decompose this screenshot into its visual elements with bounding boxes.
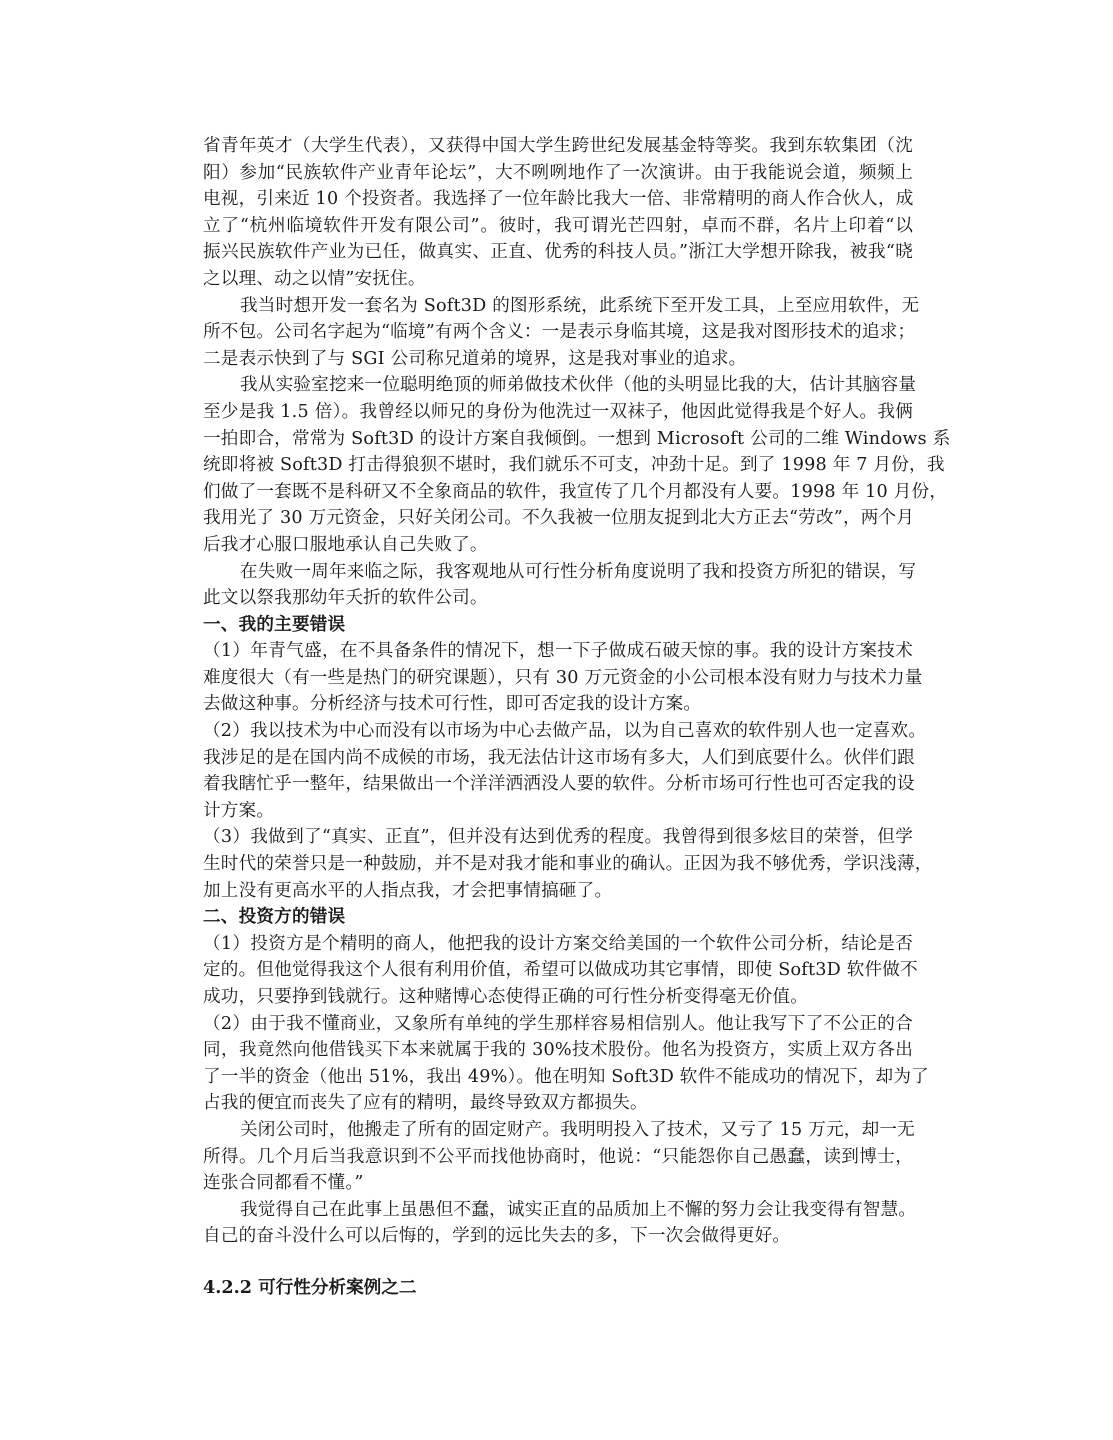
paragraph-line: 成功，只要挣到钱就行。这种赌博心态使得正确的可行性分析变得毫无价值。 (203, 984, 913, 1011)
paragraph-line: 之以理、动之以情”安抚住。 (203, 266, 913, 293)
paragraph-line: 难度很大（有一些是热门的研究课题），只有 30 万元资金的小公司根本没有财力与技… (203, 665, 913, 692)
paragraph-line: （1）年青气盛，在不具备条件的情况下，想一下子做成石破天惊的事。我的设计方案技术 (203, 638, 913, 665)
paragraph-line: 所得。几个月后当我意识到不公平而找他协商时，他说：“只能怨你自己愚蠢，读到博士， (203, 1144, 913, 1171)
paragraph-line: 我涉足的是在国内尚不成候的市场，我无法估计这市场有多大，人们到底要什么。伙伴们跟 (203, 745, 913, 772)
paragraph-line: 自己的奋斗没什么可以后悔的，学到的远比失去的多，下一次会做得更好。 (203, 1223, 913, 1250)
paragraph-line: 一拍即合，常常为 Soft3D 的设计方案自我倾倒。一想到 Microsoft … (203, 426, 913, 453)
paragraph-line: （1）投资方是个精明的商人，他把我的设计方案交给美国的一个软件公司分析，结论是否 (203, 931, 913, 958)
paragraph-line: 着我瞎忙乎一整年，结果做出一个洋洋洒洒没人要的软件。分析市场可行性也可否定我的设 (203, 771, 913, 798)
paragraph-line: 此文以祭我那幼年夭折的软件公司。 (203, 585, 913, 612)
paragraph-line: （2）由于我不懂商业，又象所有单纯的学生那样容易相信别人。他让我写下了不公正的合 (203, 1011, 913, 1038)
subsection-heading: 二、投资方的错误 (203, 904, 913, 931)
paragraph-line: 电视，引来近 10 个投资者。我选择了一位年龄比我大一倍、非常精明的商人作合伙人… (203, 186, 913, 213)
paragraph-line: 连张合同都看不懂。” (203, 1170, 913, 1197)
paragraph-first-line: 在失败一周年来临之际，我客观地从可行性分析角度说明了我和投资方所犯的错误，写 (203, 559, 913, 586)
paragraph-line: 们做了一套既不是科研又不全象商品的软件，我宣传了几个月都没有人要。1998 年 … (203, 479, 913, 506)
paragraph-line: （3）我做到了“真实、正直”，但并没有达到优秀的程度。我曾得到很多炫目的荣誉，但… (203, 824, 913, 851)
paragraph-first-line: 我当时想开发一套名为 Soft3D 的图形系统，此系统下至开发工具，上至应用软件… (203, 293, 913, 320)
paragraph-line: 生时代的荣誉只是一种鼓励，并不是对我才能和事业的确认。正因为我不够优秀，学识浅薄… (203, 851, 913, 878)
paragraph-line: 所不包。公司名字起为“临境”有两个含义：一是表示身临其境，这是我对图形技术的追求… (203, 319, 913, 346)
paragraph-first-line: 我从实验室挖来一位聪明绝顶的师弟做技术伙伴（他的头明显比我的大，估计其脑容量 (203, 372, 913, 399)
paragraph-line: 定的。但他觉得我这个人很有利用价值，希望可以做成功其它事情，即使 Soft3D … (203, 957, 913, 984)
paragraph-line: 振兴民族软件产业为已任，做真实、正直、优秀的科技人员。”浙江大学想开除我，被我“… (203, 239, 913, 266)
subsection-heading: 一、我的主要错误 (203, 612, 913, 639)
paragraph-first-line: 关闭公司时，他搬走了所有的固定财产。我明明投入了技术，又亏了 15 万元，却一无 (203, 1117, 913, 1144)
paragraph-line: 后我才心服口服地承认自己失败了。 (203, 532, 913, 559)
paragraph-first-line: 我觉得自己在此事上虽愚但不蠢，诚实正直的品质加上不懈的努力会让我变得有智慧。 (203, 1197, 913, 1224)
document-body: 省青年英才（大学生代表），又获得中国大学生跨世纪发展基金特等奖。我到东软集团（沈… (203, 133, 913, 1250)
paragraph-line: 省青年英才（大学生代表），又获得中国大学生跨世纪发展基金特等奖。我到东软集团（沈 (203, 133, 913, 160)
paragraph-line: 立了“杭州临境软件开发有限公司”。彼时，我可谓光芒四射，卓而不群，名片上印着“以 (203, 213, 913, 240)
paragraph-line: （2）我以技术为中心而没有以市场为中心去做产品，以为自己喜欢的软件别人也一定喜欢… (203, 718, 913, 745)
paragraph-line: 我用光了 30 万元资金，只好关闭公司。不久我被一位朋友捉到北大方正去“劳改”，… (203, 505, 913, 532)
section-heading-4-2-2: 4.2.2 可行性分析案例之二 (203, 1275, 416, 1301)
paragraph-line: 二是表示快到了与 SGI 公司称兄道弟的境界，这是我对事业的追求。 (203, 346, 913, 373)
paragraph-line: 加上没有更高水平的人指点我，才会把事情搞砸了。 (203, 878, 913, 905)
paragraph-line: 了一半的资金（他出 51%，我出 49%）。他在明知 Soft3D 软件不能成功… (203, 1064, 913, 1091)
paragraph-line: 占我的便宜而丧失了应有的精明，最终导致双方都损失。 (203, 1090, 913, 1117)
paragraph-line: 同，我竟然向他借钱买下本来就属于我的 30%技术股份。他名为投资方，实质上双方各… (203, 1037, 913, 1064)
paragraph-line: 阳）参加“民族软件产业青年论坛”，大不咧咧地作了一次演讲。由于我能说会道，频频上 (203, 160, 913, 187)
paragraph-line: 去做这种事。分析经济与技术可行性，即可否定我的设计方案。 (203, 691, 913, 718)
paragraph-line: 统即将被 Soft3D 打击得狼狈不堪时，我们就乐不可支，冲劲十足。到了 199… (203, 452, 913, 479)
paragraph-line: 计方案。 (203, 798, 913, 825)
paragraph-line: 至少是我 1.5 倍）。我曾经以师兄的身份为他洗过一双袜子，他因此觉得我是个好人… (203, 399, 913, 426)
